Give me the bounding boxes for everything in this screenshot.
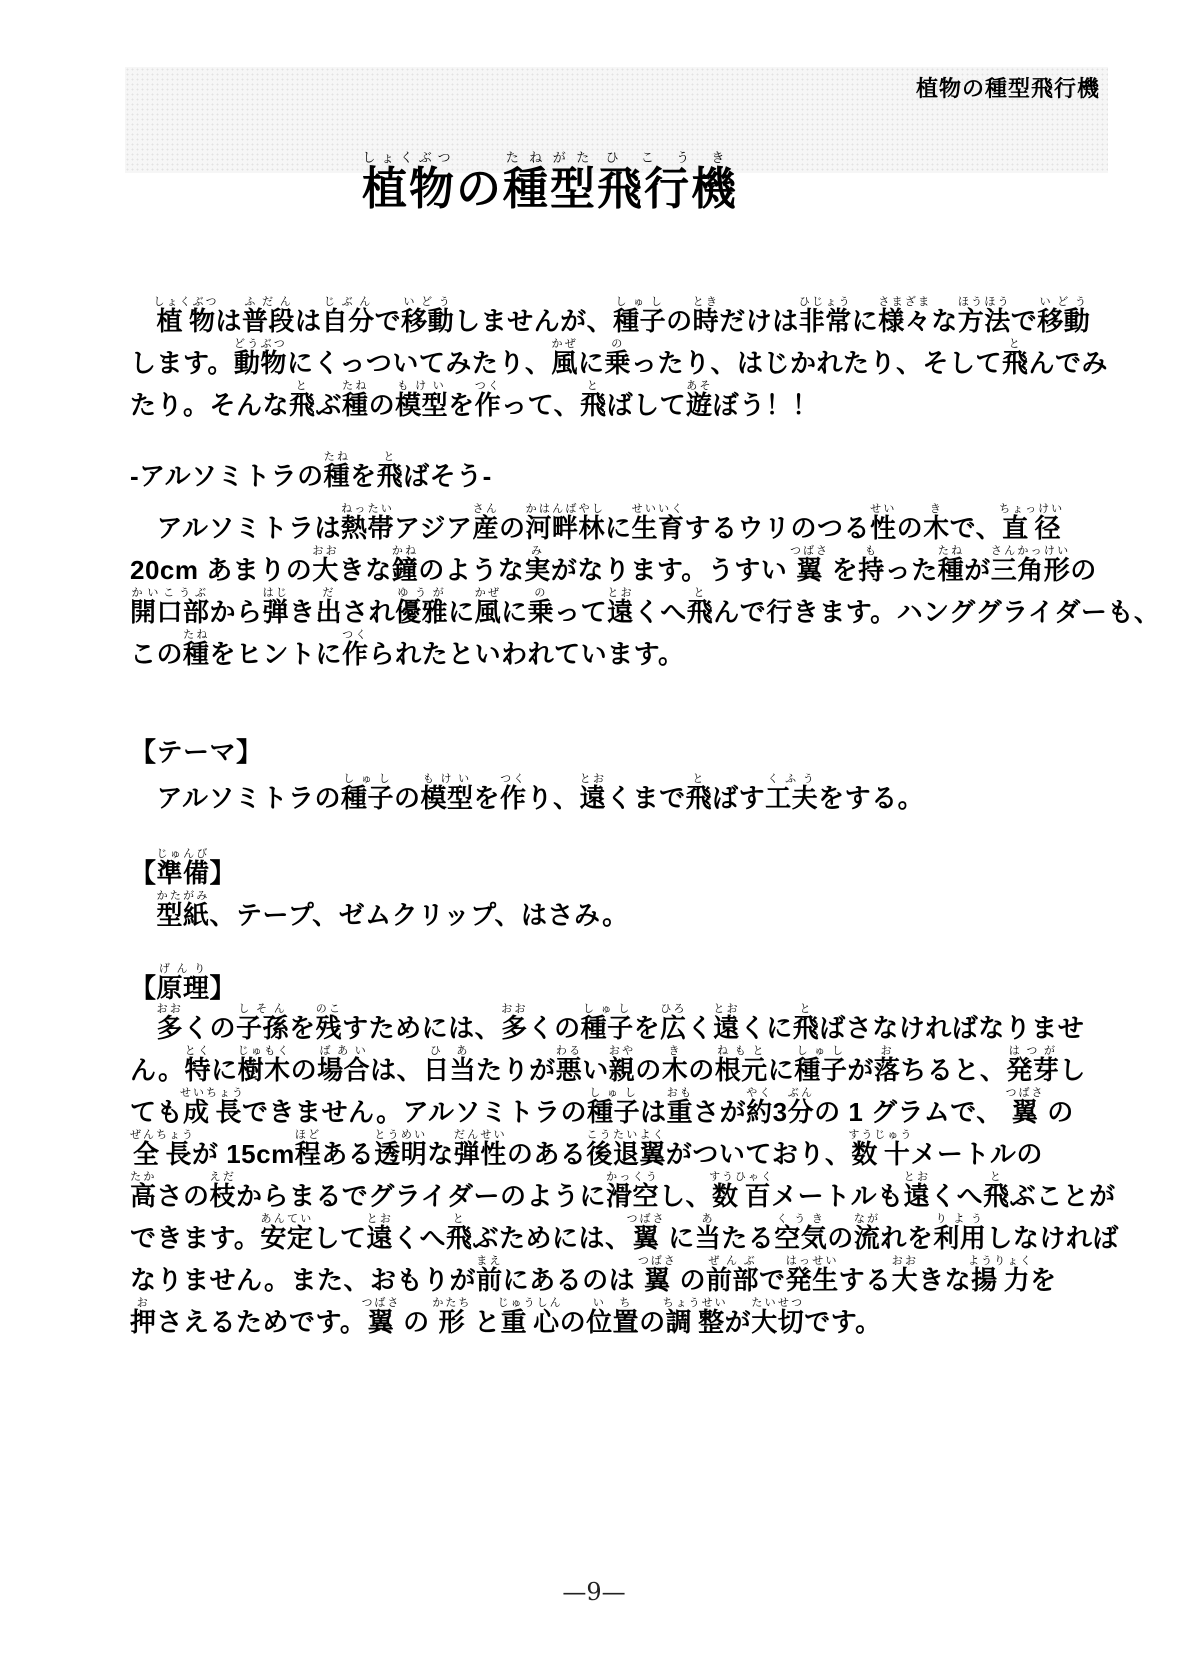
principle-heading: 【原理げんり】	[130, 963, 1070, 1005]
text-line: 押おさえるためです。翼つばさ の 形かたち と重心じゅうしんの位置いちの調整ちょ…	[130, 1297, 1070, 1339]
text-line: アルソミトラは熱帯ねったいアジア産さんの河畔林かはんばやしに生育せいいくするウリ…	[130, 503, 1070, 545]
text-line: 多おおくの子孫しそんを残のこすためには、多おおくの種子しゅしを広ひろく遠とおくに…	[130, 1003, 1070, 1045]
text-line: 【原理げんり】	[130, 963, 1070, 1005]
text-line: 型紙かたがみ、テープ、ゼムクリップ、はさみ。	[130, 890, 1070, 932]
text-line: 20cm あまりの大おおきな鐘かねのような実みがなります。うすい 翼つばさ を持…	[130, 545, 1070, 587]
text-line: この種たねをヒントに作つくられたといわれています。	[130, 629, 1070, 671]
text-line: 全長ぜんちょうが 15cm程ほどある透明とうめいな弾性だんせいのある後退翼こうた…	[130, 1129, 1070, 1171]
text-line: 開口部かいこうぶから弾はじき出だされ優雅ゆうがに風かぜに乗のって遠とおくへ飛とん…	[130, 587, 1070, 629]
text-line: できます。安定あんていして遠とおくへ飛とぶためには、翼つばさ に当あたる空気くう…	[130, 1213, 1070, 1255]
section-heading-arsomitra: -アルソミトラの種たねを飛とばそう-	[130, 451, 1070, 493]
text-line: ん。特とくに樹木じゅもくの場合ばあいは、日当ひあたりが悪わるい親おやの木きの根元…	[130, 1045, 1070, 1087]
text-line: 植物しょくぶつは普段ふだんは自分じぶんで移動いどうしませんが、種子しゅしの時とき…	[130, 296, 1070, 338]
principle-body: 多おおくの子孫しそんを残のこすためには、多おおくの種子しゅしを広ひろく遠とおくに…	[130, 1003, 1070, 1339]
text-line: 【準備じゅんび】	[130, 848, 1070, 890]
text-line: たり。そんな飛とぶ種たねの模型もけいを作つくって、飛とばして遊あそぼう！！	[130, 380, 1070, 422]
text-line: ても成長せいちょうできません。アルソミトラの種子しゅしは重おもさが約やく3分ぶん…	[130, 1087, 1070, 1129]
text-line: 高たかさの枝えだからまるでグライダーのように滑空かっくうし、数百すうひゃくメート…	[130, 1171, 1070, 1213]
text-line: 植物しょくぶつの種型たねがた飛行機ひこうき	[0, 146, 1100, 232]
intro-paragraph: 植物しょくぶつは普段ふだんは自分じぶんで移動いどうしませんが、種子しゅしの時とき…	[130, 296, 1070, 422]
text-line: します。動物どうぶつにくっついてみたり、風かぜに乗のったり、はじかれたり、そして…	[130, 338, 1070, 380]
theme-heading-label: 【テーマ】	[130, 731, 1070, 773]
running-header: 植物の種型飛行機	[916, 72, 1100, 103]
preparation-body: 型紙かたがみ、テープ、ゼムクリップ、はさみ。	[130, 890, 1070, 932]
document-page: 植物の種型飛行機 植物しょくぶつの種型たねがた飛行機ひこうき 植物しょくぶつは普…	[0, 0, 1188, 1680]
text-line: アルソミトラの種子しゅしの模型もけいを作つくり、遠とおくまで飛とばす工夫くふうを…	[130, 773, 1070, 815]
text-line: -アルソミトラの種たねを飛とばそう-	[130, 451, 1070, 493]
theme-body: アルソミトラの種子しゅしの模型もけいを作つくり、遠とおくまで飛とばす工夫くふうを…	[130, 773, 1070, 815]
text-line: なりません。また、おもりが前まえにあるのは 翼つばさ の前部ぜんぶで発生はっせい…	[130, 1255, 1070, 1297]
page-title: 植物しょくぶつの種型たねがた飛行機ひこうき	[0, 146, 1100, 232]
arsomitra-paragraph: アルソミトラは熱帯ねったいアジア産さんの河畔林かはんばやしに生育せいいくするウリ…	[130, 503, 1070, 671]
footer-page-number: —9—	[0, 1578, 1188, 1606]
theme-heading: 【テーマ】	[130, 731, 1070, 773]
preparation-heading: 【準備じゅんび】	[130, 848, 1070, 890]
